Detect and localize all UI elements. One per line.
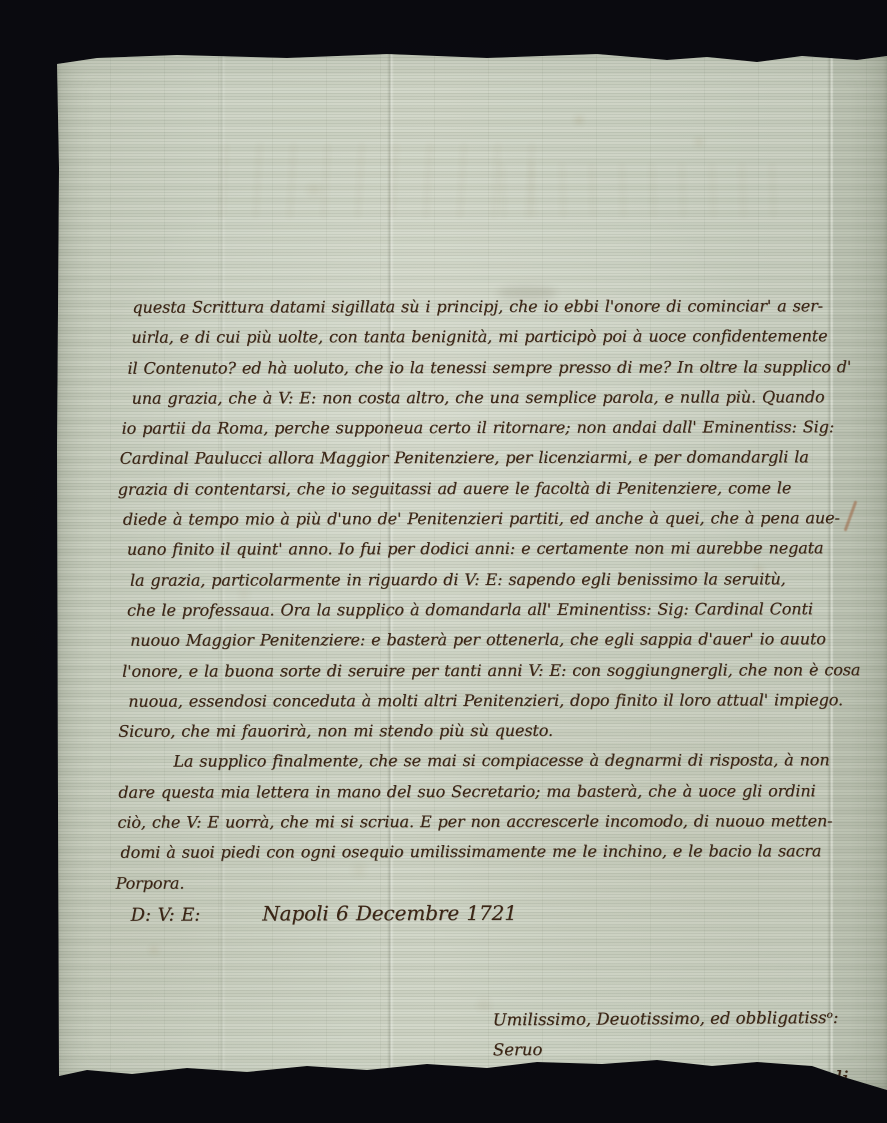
letter-line: nuoua, essendosi conceduta à molti altri…: [112, 685, 834, 717]
signature-block: Umilissimo, Deuotissimo, ed obbligatissᵒ…: [489, 1003, 887, 1123]
letter-line: domi à suoi piedi con ogni osequio umili…: [112, 837, 834, 869]
letter-line: l'onore, e la buona sorte di seruire per…: [112, 655, 834, 687]
place-and-date: Napoli 6 Decembre 1721: [262, 901, 517, 926]
signature-formula: Umilissimo, Deuotissimo, ed obbligatissᵒ…: [489, 1003, 887, 1066]
letter-body-text: questa Scrittura datami sigillata sù i p…: [111, 291, 834, 931]
letter-line: nuouo Maggior Penitenziere: e basterà pe…: [112, 625, 834, 657]
foxing-specks: [57, 48, 61, 52]
letter-line: ciò, che V: E uorrà, che mi si scriua. E…: [112, 806, 834, 838]
scan-background: questa Scrittura datami sigillata sù i p…: [0, 0, 887, 1123]
letter-page: questa Scrittura datami sigillata sù i p…: [57, 48, 887, 1090]
letter-line: Porpora.: [113, 867, 835, 899]
manuscript-photo: { "letter": { "kind": "handwritten-manus…: [0, 0, 887, 1123]
letter-line: io partii da Roma, perche supponeua cert…: [112, 412, 834, 444]
letter-line-paragraph-indent: La supplico finalmente, che se mai si co…: [112, 746, 834, 778]
letter-line: Cardinal Paulucci allora Maggior Peniten…: [112, 443, 834, 475]
letter-line: il Contenuto? ed hà uoluto, che io la te…: [111, 352, 833, 384]
letter-line: una grazia, che à V: E: non costa altro,…: [112, 382, 834, 414]
letter-line: dare questa mia lettera in mano del suo …: [112, 776, 834, 808]
letter-line: uirla, e di cui più uolte, con tanta ben…: [111, 322, 833, 354]
letter-line: questa Scrittura datami sigillata sù i p…: [111, 291, 833, 323]
letter-line: grazia di contentarsi, che io seguitassi…: [112, 473, 834, 505]
letter-line: che le professaua. Ora la supplico à dom…: [112, 594, 834, 626]
letter-line: uano finito il quint' anno. Io fui per d…: [112, 534, 834, 566]
dateline-row: D: V: E:Napoli 6 Decembre 1721: [113, 897, 835, 931]
letter-line: Sicuro, che mi fauorirà, non mi stendo p…: [112, 715, 834, 747]
ink-showthrough-smudge: [487, 163, 787, 218]
valediction-abbreviation: D: V: E:: [131, 905, 201, 926]
letter-line: diede à tempo mio à più d'uno de' Penite…: [112, 503, 834, 535]
paper-right-fold-panel: [833, 48, 887, 1090]
signature-name: Francesco d' Andria dᵃ: Compᵃ: di Gesù: [489, 1063, 887, 1123]
letter-line: la grazia, particolarmente in riguardo d…: [112, 564, 834, 596]
